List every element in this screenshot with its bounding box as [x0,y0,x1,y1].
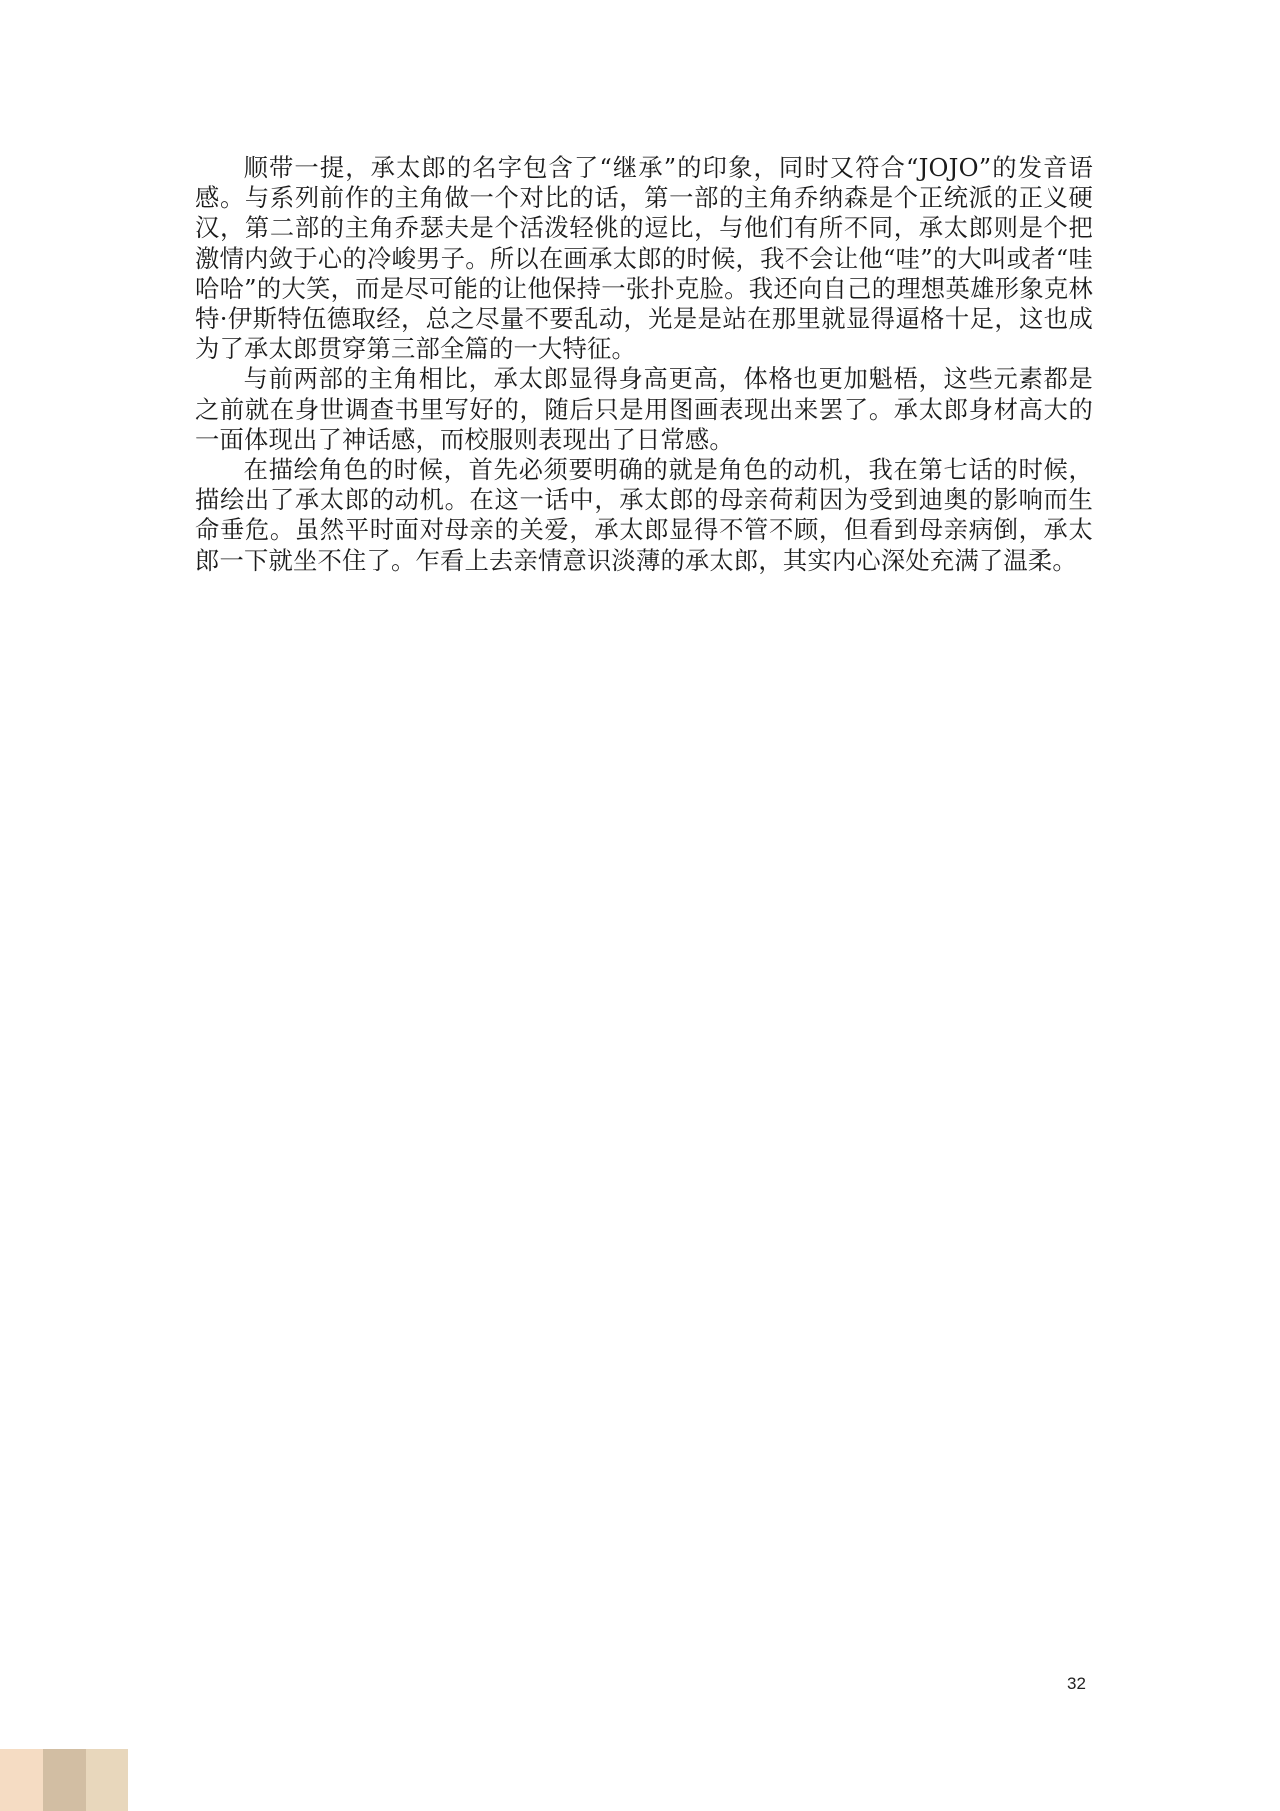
body-text: 顺带一提，承太郎的名字包含了“继承”的印象，同时又符合“JOJO”的发音语感。与… [195,153,1093,576]
decorative-color-block-2 [43,1749,86,1811]
paragraph-3: 在描绘角色的时候，首先必须要明确的就是角色的动机，我在第七话的时候，描绘出了承太… [195,455,1093,576]
paragraph-1: 顺带一提，承太郎的名字包含了“继承”的印象，同时又符合“JOJO”的发音语感。与… [195,153,1093,364]
page-number: 32 [1067,1674,1086,1694]
decorative-color-block-1 [0,1749,43,1811]
decorative-color-block-3 [86,1749,128,1811]
paragraph-2: 与前两部的主角相比，承太郎显得身高更高，体格也更加魁梧，这些元素都是之前就在身世… [195,364,1093,455]
document-page: 顺带一提，承太郎的名字包含了“继承”的印象，同时又符合“JOJO”的发音语感。与… [0,0,1280,1811]
